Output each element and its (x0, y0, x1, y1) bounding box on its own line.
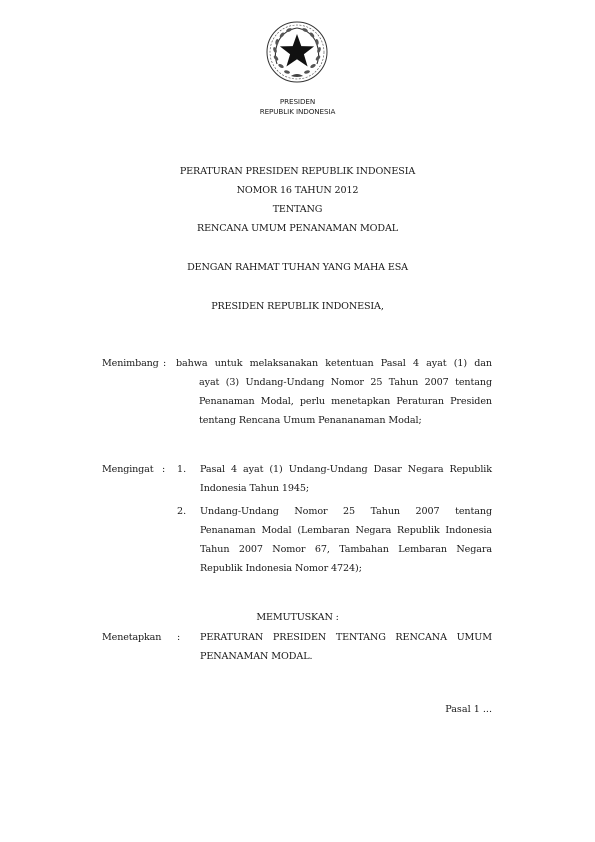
mengingat-item-number: 1. (177, 464, 186, 476)
next-page-reference: Pasal 1 ... (420, 704, 492, 716)
document-title: PERATURAN PRESIDEN REPUBLIK INDONESIA (0, 166, 595, 178)
mengingat-item-line: Undang-Undang Nomor 25 Tahun 2007 tentan… (200, 502, 492, 521)
document-subject: RENCANA UMUM PENANAMAN MODAL (0, 223, 595, 235)
header-caption-republik: REPUBLIK INDONESIA (0, 107, 595, 117)
authority: PRESIDEN REPUBLIK INDONESIA, (0, 301, 595, 313)
menetapkan-text: PERATURAN PRESIDEN TENTANG RENCANA UMUM … (200, 628, 492, 666)
menetapkan-line: PENANAMAN MODAL. (200, 647, 492, 666)
memutuskan-heading: MEMUTUSKAN : (0, 612, 595, 624)
mengingat-item-number: 2. (177, 506, 186, 518)
invocation: DENGAN RAHMAT TUHAN YANG MAHA ESA (0, 262, 595, 274)
mengingat-item-line: Penanaman Modal (Lembaran Negara Republi… (200, 521, 492, 540)
menetapkan-colon: : (177, 632, 180, 644)
garuda-star-emblem-icon (265, 20, 329, 84)
header-caption-presiden: PRESIDEN (0, 97, 595, 107)
mengingat-item-line: Pasal 4 ayat (1) Undang-Undang Dasar Neg… (200, 460, 492, 479)
menetapkan-label: Menetapkan (102, 632, 161, 644)
menetapkan-line: PERATURAN PRESIDEN TENTANG RENCANA UMUM (200, 628, 492, 647)
menimbang-line: ayat (3) Undang-Undang Nomor 25 Tahun 20… (176, 373, 492, 392)
mengingat-item-1: Pasal 4 ayat (1) Undang-Undang Dasar Neg… (200, 460, 492, 498)
menimbang-label: Menimbang (102, 358, 159, 370)
menimbang-line: tentang Rencana Umum Penananaman Modal; (176, 411, 492, 430)
document-page: PRESIDEN REPUBLIK INDONESIA PERATURAN PR… (0, 0, 595, 842)
menimbang-line: Penanaman Modal, perlu menetapkan Peratu… (176, 392, 492, 411)
menimbang-line: bahwa untuk melaksanakan ketentuan Pasal… (176, 354, 492, 373)
mengingat-item-line: Indonesia Tahun 1945; (200, 479, 492, 498)
menimbang-text: bahwa untuk melaksanakan ketentuan Pasal… (176, 354, 492, 430)
mengingat-item-line: Republik Indonesia Nomor 4724); (200, 559, 492, 578)
mengingat-colon: : (162, 464, 165, 476)
mengingat-item-line: Tahun 2007 Nomor 67, Tambahan Lembaran N… (200, 540, 492, 559)
mengingat-item-2: Undang-Undang Nomor 25 Tahun 2007 tentan… (200, 502, 492, 578)
document-number: NOMOR 16 TAHUN 2012 (0, 185, 595, 197)
document-about-label: TENTANG (0, 204, 595, 216)
mengingat-label: Mengingat (102, 464, 153, 476)
menimbang-colon: : (163, 358, 166, 370)
